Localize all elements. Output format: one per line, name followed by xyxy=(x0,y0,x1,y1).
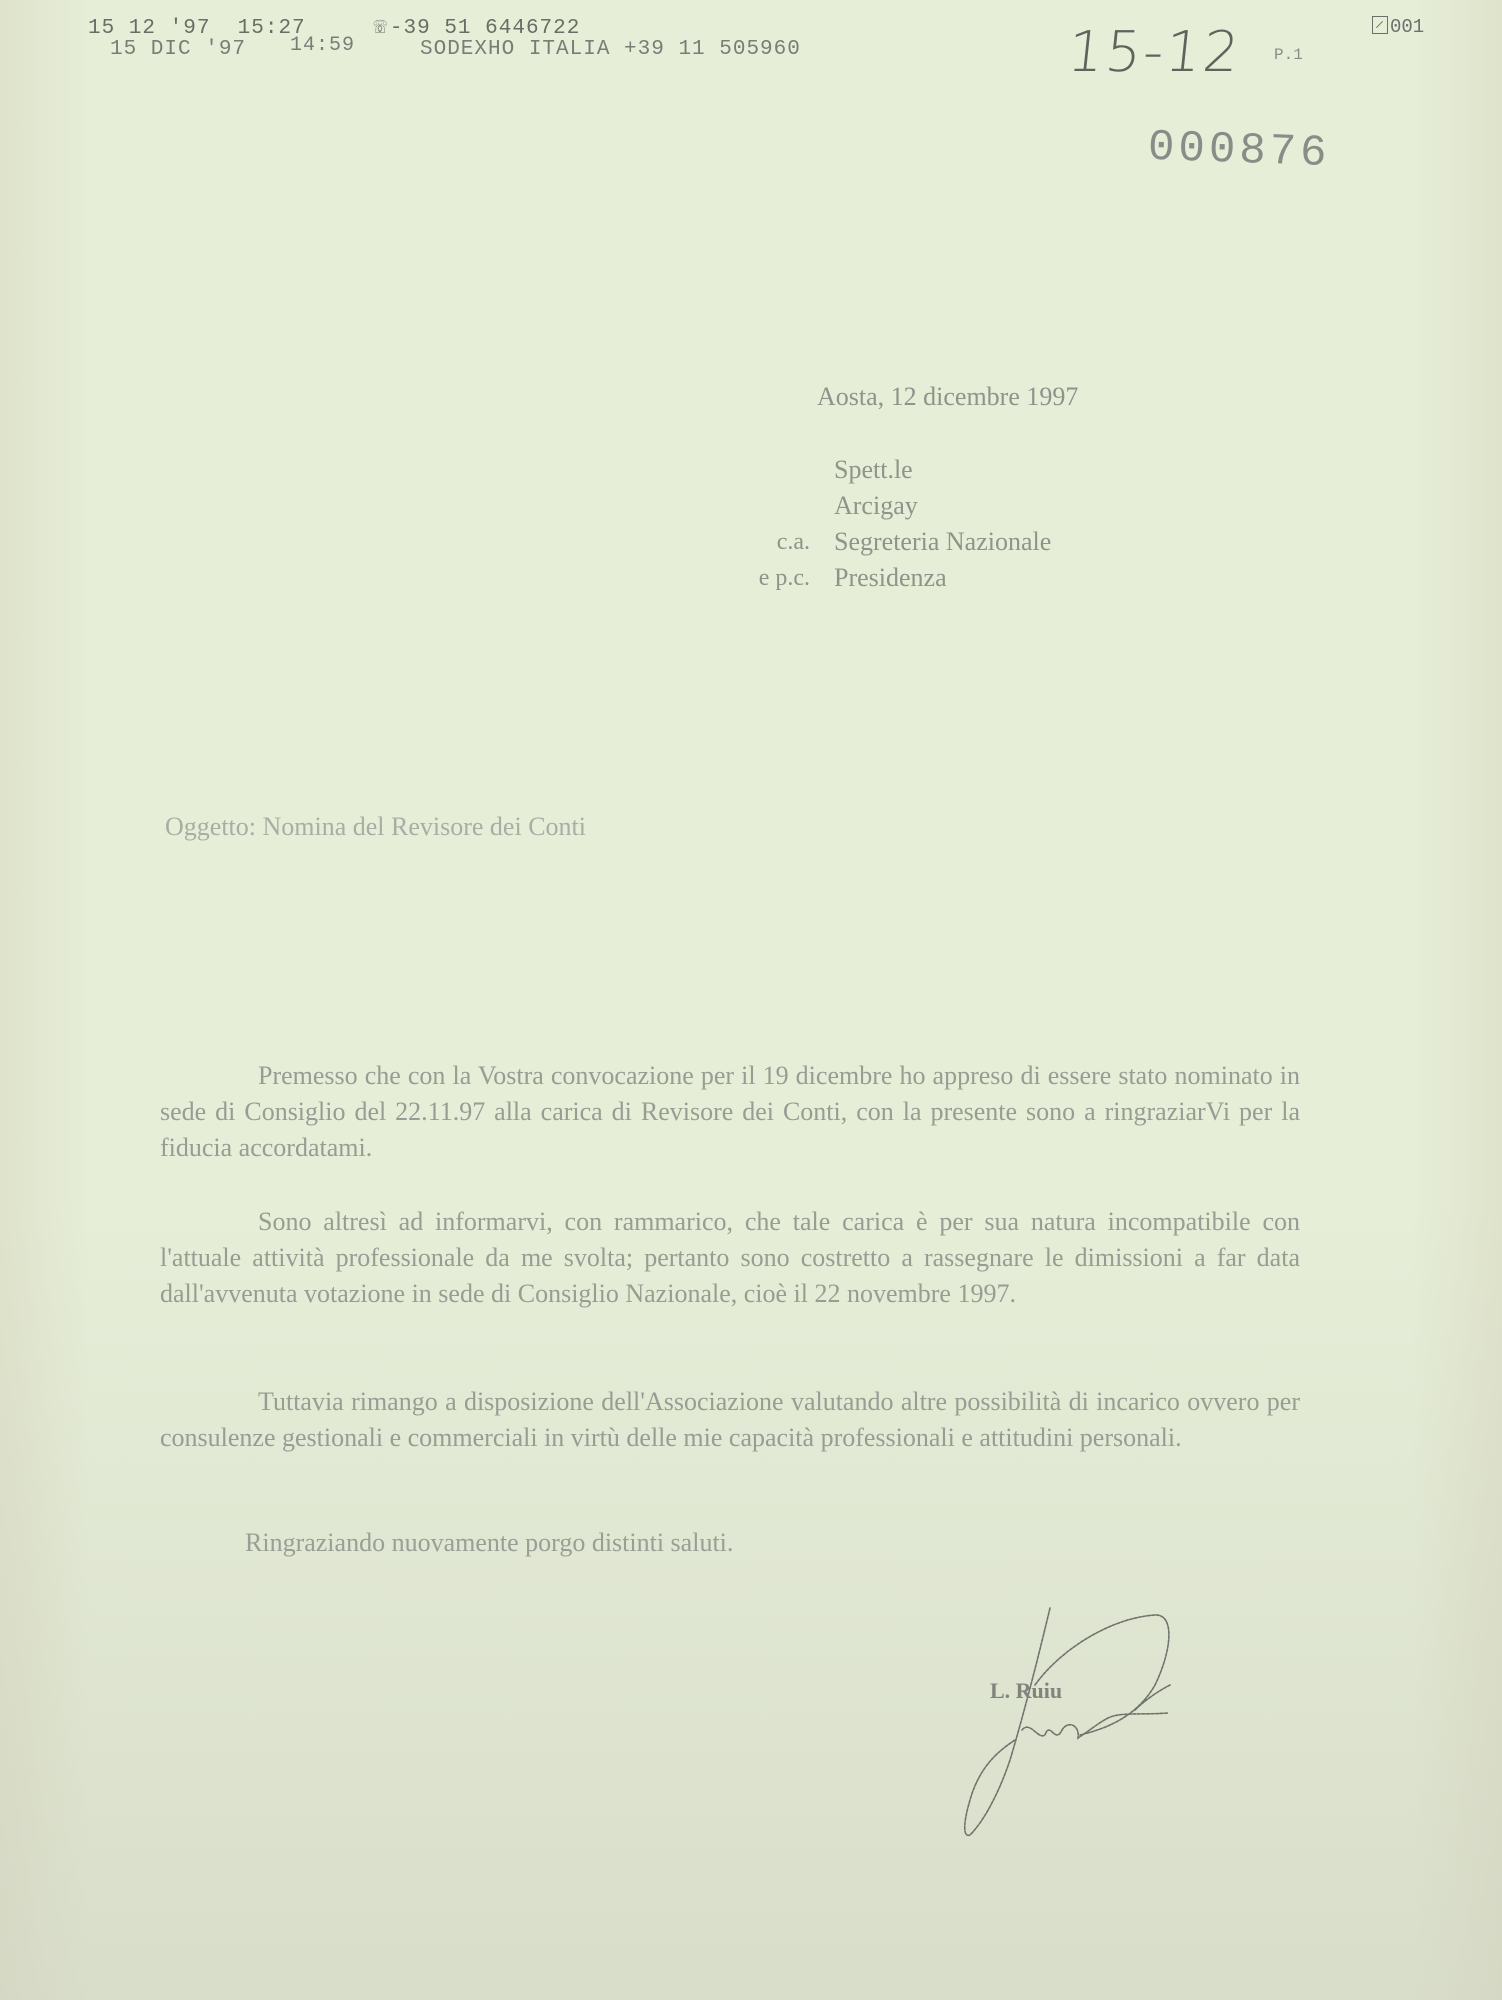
signatory-name: L. Ruiu xyxy=(990,1678,1062,1704)
fax-box-icon xyxy=(1372,16,1388,34)
recipient-prefix xyxy=(710,488,834,524)
recipient-name: Spett.le xyxy=(834,452,913,488)
page-number: P.1 xyxy=(1274,46,1303,64)
letter-closing: Ringraziando nuovamente porgo distinti s… xyxy=(245,1528,733,1558)
recipient-row: Arcigay xyxy=(710,488,1051,524)
recipient-row: c.a.Segreteria Nazionale xyxy=(710,524,1051,560)
recipient-prefix: c.a. xyxy=(710,524,834,560)
recipient-row: Spett.le xyxy=(710,452,1051,488)
paragraph-text: Sono altresì ad informarvi, con rammaric… xyxy=(160,1204,1300,1312)
handwritten-date: 15-12 xyxy=(1065,20,1245,85)
fax-phone-number: -39 51 6446722 xyxy=(390,17,580,40)
letter-paragraph-3: Tuttavia rimango a disposizione dell'Ass… xyxy=(160,1384,1300,1456)
fax-sender: SODEXHO ITALIA +39 11 505960 xyxy=(420,38,801,61)
place-and-date: Aosta, 12 dicembre 1997 xyxy=(817,382,1078,412)
letter-paragraph-2: Sono altresì ad informarvi, con rammaric… xyxy=(160,1204,1300,1312)
paragraph-text: Premesso che con la Vostra convocazione … xyxy=(160,1058,1300,1166)
paper-background xyxy=(0,0,1502,2000)
fax-header-line-2-date: 15 DIC '97 xyxy=(110,38,246,61)
fax-header-line-2-time: 14:59 xyxy=(290,34,355,57)
phone-icon: ☏ xyxy=(374,14,388,40)
fax-date: 15 12 '97 xyxy=(88,17,210,40)
recipient-prefix xyxy=(710,452,834,488)
fax-page-badge: 001 xyxy=(1372,16,1424,38)
protocol-stamp-number: 000876 xyxy=(1147,123,1331,179)
recipient-row: e p.c.Presidenza xyxy=(710,560,1051,596)
letter-subject: Oggetto: Nomina del Revisore dei Conti xyxy=(165,812,586,842)
recipient-name: Segreteria Nazionale xyxy=(834,524,1051,560)
paragraph-text: Tuttavia rimango a disposizione dell'Ass… xyxy=(160,1384,1300,1456)
recipients-block: Spett.le Arcigay c.a.Segreteria Nazional… xyxy=(710,452,1051,596)
recipient-name: Arcigay xyxy=(834,488,918,524)
handwritten-signature xyxy=(940,1590,1200,1840)
recipient-prefix: e p.c. xyxy=(710,560,834,596)
fax-page-badge-number: 001 xyxy=(1390,16,1424,38)
recipient-name: Presidenza xyxy=(834,560,947,596)
letter-paragraph-1: Premesso che con la Vostra convocazione … xyxy=(160,1058,1300,1166)
